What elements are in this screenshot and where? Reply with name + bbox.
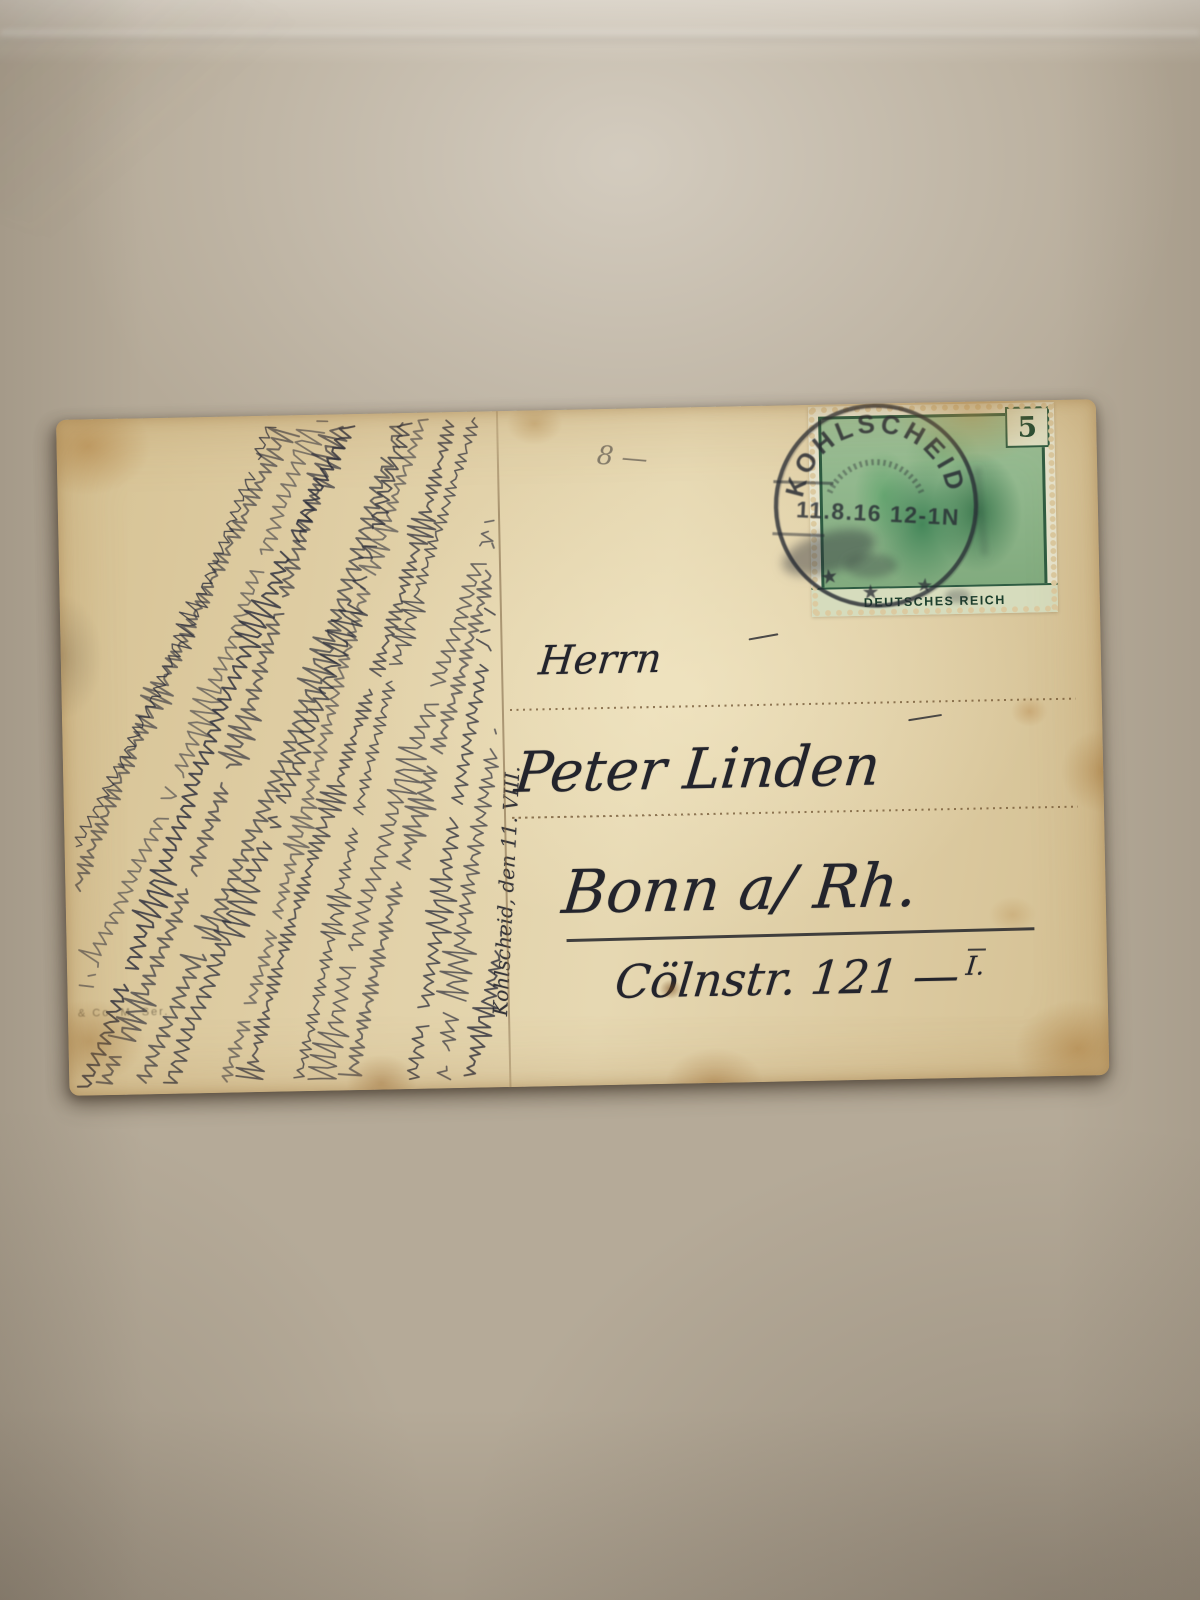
street-text: Cölnstr. 121 — xyxy=(613,948,962,1009)
address-dotted-line xyxy=(510,698,1076,711)
address-line-salutation: Herrn xyxy=(537,636,664,685)
stamp-perforation xyxy=(1047,402,1058,612)
address-line-city: Bonn a/ Rh. xyxy=(559,851,921,928)
postmark-datetime: 11.8.16 12-1N xyxy=(796,496,961,530)
handwriting-line xyxy=(296,474,505,1079)
address-dotted-line xyxy=(512,806,1078,819)
postmark-star-icon: ★ xyxy=(861,582,879,604)
postmark-cancel: KOHLSCHEID 11.8.16 12-1N ★ ★ ★ xyxy=(707,399,1045,667)
ink-flourish xyxy=(908,714,942,722)
postcard: Kohlscheid, den 11. VIII. & Co. M. Ser. … xyxy=(56,399,1109,1096)
ink-underline xyxy=(567,927,1035,941)
handwriting-line xyxy=(68,421,339,987)
ink-smudge xyxy=(945,589,971,604)
ink-streak xyxy=(977,467,985,555)
postmark-district-text-illegible xyxy=(829,461,922,494)
floor-superscript: I. xyxy=(965,948,987,981)
pencil-price-note: 8 — xyxy=(596,441,649,475)
address-line-name: Peter Linden xyxy=(512,733,883,805)
address-line-street: Cölnstr. 121 —I. xyxy=(613,947,987,1009)
postmark-star-icon: ★ xyxy=(915,575,934,597)
postmark-town: KOHLSCHEID xyxy=(777,406,972,500)
message-handwriting xyxy=(56,411,529,1096)
publisher-imprint: & Co. M. Ser. xyxy=(78,1006,170,1020)
